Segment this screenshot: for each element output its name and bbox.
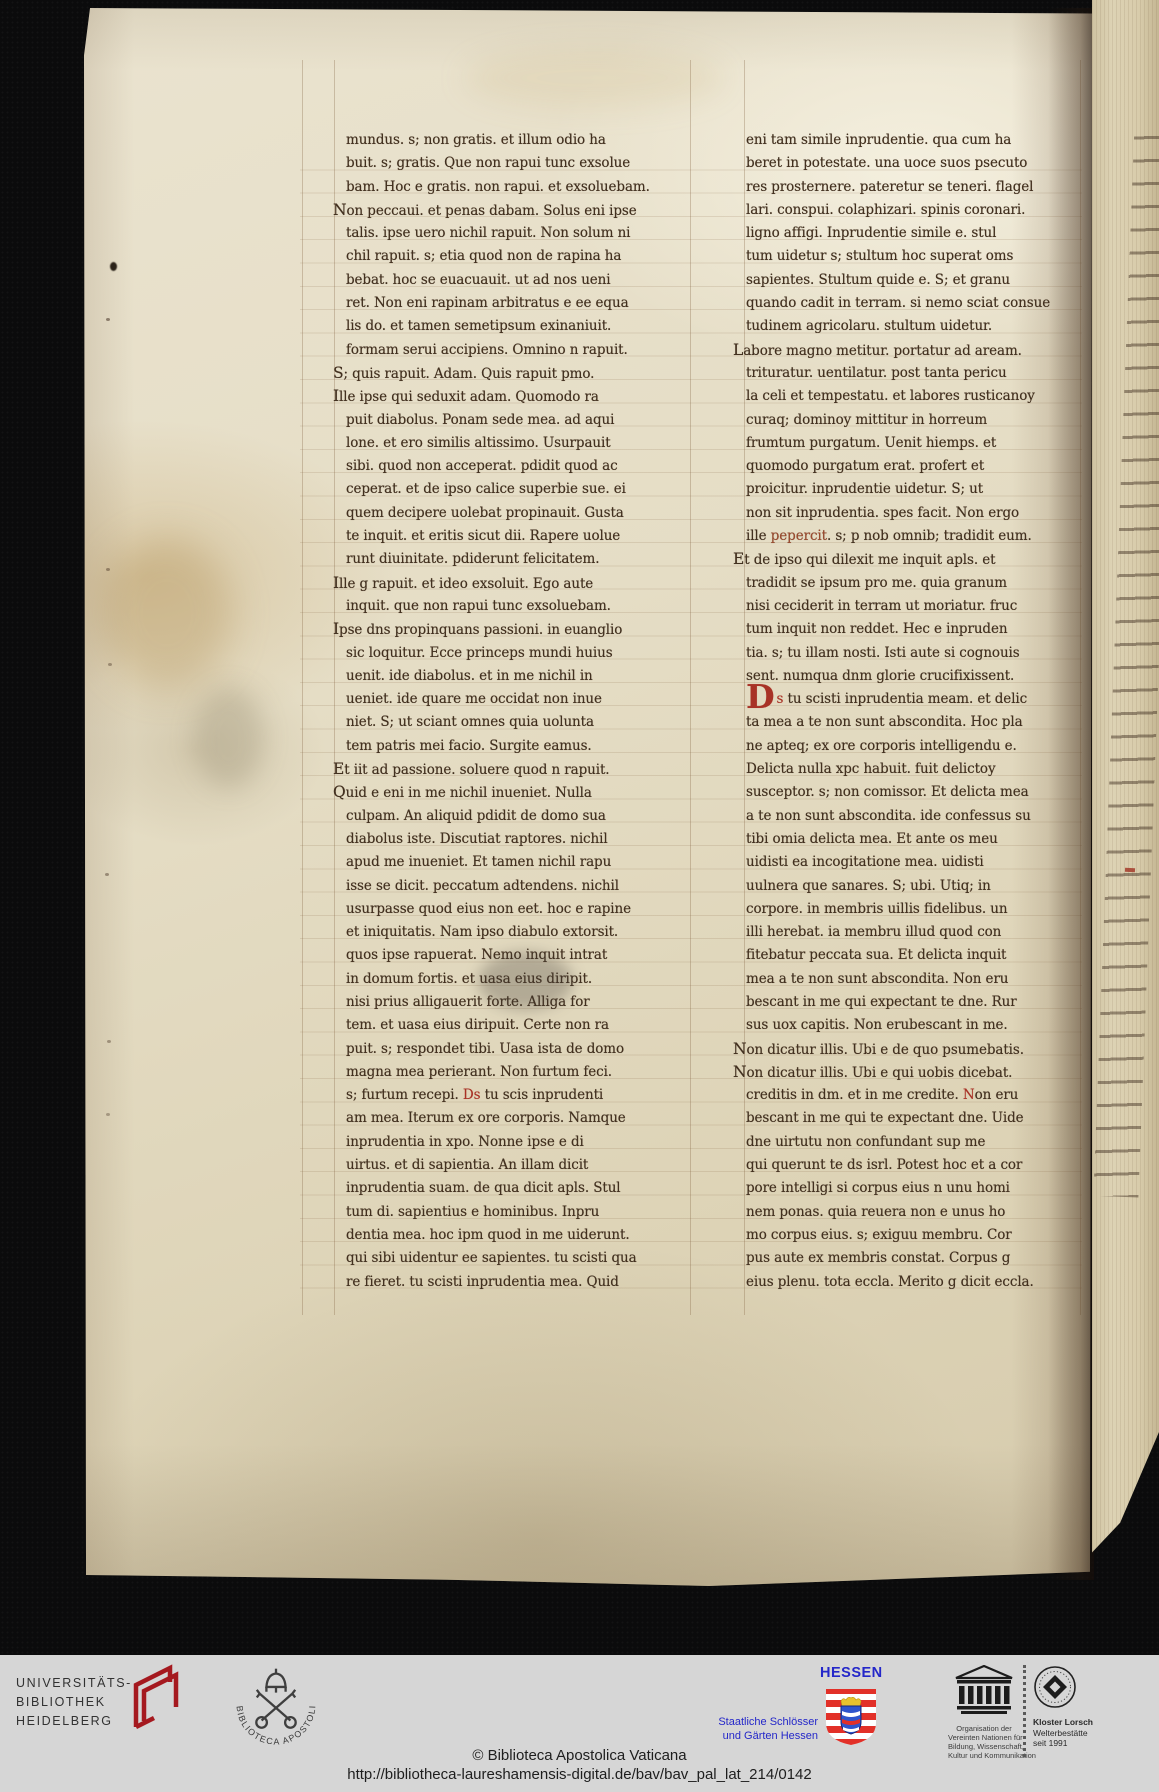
manuscript-line: Labore magno metitur. portatur ad aream. xyxy=(746,339,1084,362)
manuscript-photo-viewer: mundus. s; non gratis. et illum odio hab… xyxy=(0,0,1159,1792)
ruling-line xyxy=(302,60,303,1315)
manuscript-line: ligno affigi. Inprudentie simile e. stul xyxy=(746,222,1084,245)
rubricated-text: N xyxy=(733,1038,746,1061)
manuscript-line: runt diuinitate. pdiderunt felicitatem. xyxy=(346,548,684,571)
manuscript-line: S; quis rapuit. Adam. Quis rapuit pmo. xyxy=(346,362,684,385)
manuscript-line: bescant in me qui te expectant dne. Uide xyxy=(746,1107,1084,1130)
footer-banner: UNIVERSITÄTS-BIBLIOTHEKHEIDELBERG xyxy=(0,1655,1159,1792)
manuscript-line: tum inquit non reddet. Hec e inpruden xyxy=(746,618,1084,641)
manuscript-line: tum uidetur s; stultum hoc superat oms xyxy=(746,245,1084,268)
manuscript-line: uirtus. et di sapientia. An illam dicit xyxy=(346,1154,684,1177)
kloster-lorsch-caption-line: seit 1991 xyxy=(1033,1738,1149,1749)
manuscript-line: res prosternere. pateretur se teneri. fl… xyxy=(746,176,1084,199)
manuscript-line: tibi omia delicta mea. Et ante os meu xyxy=(746,828,1084,851)
manuscript-line: dne uirtutu non confundant sup me xyxy=(746,1131,1084,1154)
rubricated-text: Ds xyxy=(463,1087,481,1103)
manuscript-line: inprudentia in xpo. Nonne ipse e di xyxy=(346,1131,684,1154)
manuscript-line: Et de ipso qui dilexit me inquit apls. e… xyxy=(746,548,1084,571)
manuscript-line: chil rapuit. s; etia quod non de rapina … xyxy=(346,245,684,268)
manuscript-line: et iniquitatis. Nam ipso diabulo extorsi… xyxy=(346,921,684,944)
ub-heidelberg-line: BIBLIOTHEK xyxy=(16,1693,132,1712)
kloster-lorsch-logo-block: Kloster Lorsch Welterbestätteseit 1991 xyxy=(1033,1665,1149,1749)
manuscript-line: corpore. in membris uillis fidelibus. un xyxy=(746,898,1084,921)
kloster-lorsch-name: Kloster Lorsch xyxy=(1033,1717,1149,1728)
manuscript-line: sapientes. Stultum quide e. S; et granu xyxy=(746,269,1084,292)
kloster-lorsch-caption-line: Welterbestätte xyxy=(1033,1728,1149,1739)
parchment-stain xyxy=(194,688,264,788)
rubricated-text: N xyxy=(333,199,346,222)
rubricated-text: I xyxy=(333,385,339,408)
rubricated-text: s xyxy=(777,691,784,707)
manuscript-line: niet. S; ut sciant omnes quia uolunta xyxy=(346,711,684,734)
unesco-caption-line: Vereinten Nationen für xyxy=(948,1733,1020,1742)
ruling-line xyxy=(690,60,691,1315)
manuscript-line: magna mea perierant. Non furtum feci. xyxy=(346,1061,684,1084)
manuscript-line: dentia mea. hoc ipm quod in me uiderunt. xyxy=(346,1224,684,1247)
manuscript-line: creditis in dm. et in me credite. Non er… xyxy=(746,1084,1084,1107)
manuscript-line: Ds tu scisti inprudentia meam. et delic xyxy=(746,688,1084,711)
manuscript-line: lis do. et tamen semetipsum exinaniuit. xyxy=(346,315,684,338)
manuscript-line: quando cadit in terram. si nemo sciat co… xyxy=(746,292,1084,315)
manuscript-line: culpam. An aliquid pdidit de domo sua xyxy=(346,805,684,828)
facing-page-rubric-mark xyxy=(1125,868,1135,873)
manuscript-line: Quid e eni in me nichil inueniet. Nulla xyxy=(346,781,684,804)
manuscript-line: diabolus iste. Discutiat raptores. nichi… xyxy=(346,828,684,851)
manuscript-line: fitebatur peccata sua. Et delicta inquit xyxy=(746,944,1084,967)
manuscript-line: puit diabolus. Ponam sede mea. ad aqui xyxy=(346,409,684,432)
manuscript-line: Ille ipse qui seduxit adam. Quomodo ra xyxy=(346,385,684,408)
manuscript-line: Ipse dns propinquans passioni. in euangl… xyxy=(346,618,684,641)
manuscript-line: ueniet. ide quare me occidat non inue xyxy=(346,688,684,711)
manuscript-line: lone. et ero similis altissimo. Usurpaui… xyxy=(346,432,684,455)
ub-heidelberg-line: HEIDELBERG xyxy=(16,1712,132,1731)
manuscript-line: tradidit se ipsum pro me. quia granum xyxy=(746,572,1084,595)
manuscript-line: pus aute ex membris constat. Corpus g xyxy=(746,1247,1084,1270)
manuscript-line: frumtum purgatum. Uenit hiemps. et xyxy=(746,432,1084,455)
manuscript-line: sus uox capitis. Non erubescant in me. xyxy=(746,1014,1084,1037)
manuscript-line: ille pepercit. s; p nob omnib; tradidit … xyxy=(746,525,1084,548)
manuscript-line: sic loquitur. Ecce princeps mundi huius xyxy=(346,642,684,665)
manuscript-line: s; furtum recepi. Ds tu scis inprudenti xyxy=(346,1084,684,1107)
manuscript-line: uidisti ea incogitatione mea. uidisti xyxy=(746,851,1084,874)
manuscript-line: formam serui accipiens. Omnino n rapuit. xyxy=(346,339,684,362)
unesco-caption-line: Organisation der xyxy=(948,1724,1020,1733)
manuscript-line: tem patris mei facio. Surgite eamus. xyxy=(346,735,684,758)
rubricated-text: pepercit xyxy=(771,528,827,544)
unesco-caption: Organisation derVereinten Nationen fürBi… xyxy=(948,1724,1020,1760)
manuscript-line: ne apteq; ex ore corporis intelligendu e… xyxy=(746,735,1084,758)
manuscript-line: non sit inprudentia. spes facit. Non erg… xyxy=(746,502,1084,525)
text-column-left: mundus. s; non gratis. et illum odio hab… xyxy=(332,129,684,1304)
hessen-caption-line: und Gärten Hessen xyxy=(700,1729,818,1743)
manuscript-line: talis. ipse uero nichil rapuit. Non solu… xyxy=(346,222,684,245)
hessen-shield-icon xyxy=(824,1687,878,1752)
ub-heidelberg-logo xyxy=(128,1661,180,1738)
hessen-caption: Staatliche Schlösserund Gärten Hessen xyxy=(700,1715,818,1743)
unesco-temple-icon xyxy=(953,1665,1015,1715)
manuscript-line: tum di. sapientius e hominibus. Inpru xyxy=(346,1201,684,1224)
manuscript-line: Non dicatur illis. Ubi e qui uobis diceb… xyxy=(746,1061,1084,1084)
manuscript-line: am mea. Iterum ex ore corporis. Namque xyxy=(346,1107,684,1130)
manuscript-line: nisi ceciderit in terram ut moriatur. fr… xyxy=(746,595,1084,618)
manuscript-line: mundus. s; non gratis. et illum odio ha xyxy=(346,129,684,152)
manuscript-line: sibi. quod non acceperat. pdidit quod ac xyxy=(346,455,684,478)
manuscript-line: mea a te non sunt abscondita. Non eru xyxy=(746,968,1084,991)
manuscript-line: illi herebat. ia membru illud quod con xyxy=(746,921,1084,944)
manuscript-line: quem decipere uolebat propinauit. Gusta xyxy=(346,502,684,525)
manuscript-line: re fieret. tu scisti inprudentia mea. Qu… xyxy=(346,1271,684,1294)
manuscript-line: qui sibi uidentur ee sapientes. tu scist… xyxy=(346,1247,684,1270)
manuscript-line: inprudentia suam. de qua dicit apls. Stu… xyxy=(346,1177,684,1200)
unesco-caption-line: Bildung, Wissenschaft, xyxy=(948,1742,1020,1751)
manuscript-line: puit. s; respondet tibi. Uasa ista de do… xyxy=(346,1038,684,1061)
manuscript-line: Delicta nulla xpc habuit. fuit delictoy xyxy=(746,758,1084,781)
manuscript-line: tudinem agricolaru. stultum uidetur. xyxy=(746,315,1084,338)
manuscript-line: te inquit. et eritis sicut dii. Rapere u… xyxy=(346,525,684,548)
manuscript-line: proicitur. inprudentie uidetur. S; ut xyxy=(746,478,1084,501)
text-column-right: eni tam simile inprudentie. qua cum habe… xyxy=(732,129,1084,1304)
manuscript-line: beret in potestate. una uoce suos psecut… xyxy=(746,152,1084,175)
manuscript-line: Non peccaui. et penas dabam. Solus eni i… xyxy=(346,199,684,222)
kloster-lorsch-emblem-icon xyxy=(1033,1665,1077,1709)
kloster-lorsch-caption: Kloster Lorsch Welterbestätteseit 1991 xyxy=(1033,1717,1149,1749)
manuscript-line: uenit. ide diabolus. et in me nichil in xyxy=(346,665,684,688)
manuscript-line: Et iit ad passione. soluere quod n rapui… xyxy=(346,758,684,781)
rubricated-text: E xyxy=(333,758,344,781)
parchment-stain xyxy=(102,538,232,688)
manuscript-line: Ille g rapuit. et ideo exsoluit. Ego aut… xyxy=(346,572,684,595)
manuscript-line: ta mea a te non sunt abscondita. Hoc pla xyxy=(746,711,1084,734)
manuscript-line: quos ipse rapuerat. Nemo inquit intrat xyxy=(346,944,684,967)
manuscript-line: buit. s; gratis. Que non rapui tunc exso… xyxy=(346,152,684,175)
manuscript-line: Non dicatur illis. Ubi e de quo psumebat… xyxy=(746,1038,1084,1061)
rubricated-text: L xyxy=(733,339,743,362)
manuscript-line: mo corpus eius. s; exiguu membru. Cor xyxy=(746,1224,1084,1247)
manuscript-line: apud me inueniet. Et tamen nichil rapu xyxy=(346,851,684,874)
source-url: http://bibliotheca-laureshamensis-digita… xyxy=(0,1766,1159,1783)
manuscript-line: isse se dicit. peccatum adtendens. nichi… xyxy=(346,875,684,898)
manuscript-line: tem. et uasa eius diripuit. Certe non ra xyxy=(346,1014,684,1037)
manuscript-line: curaq; dominoy mittitur in horreum xyxy=(746,409,1084,432)
manuscript-line: usurpasse quod eius non eet. hoc e rapin… xyxy=(346,898,684,921)
manuscript-line: eius plenu. tota eccla. Merito g dicit e… xyxy=(746,1271,1084,1294)
manuscript-line: bescant in me qui expectant te dne. Rur xyxy=(746,991,1084,1014)
manuscript-line: la celi et tempestatu. et labores rustic… xyxy=(746,385,1084,408)
hessen-title: HESSEN xyxy=(820,1665,880,1681)
manuscript-line: inquit. que non rapui tunc exsoluebam. xyxy=(346,595,684,618)
rubricated-text: Q xyxy=(333,781,346,804)
manuscript-line: ceperat. et de ipso calice superbie sue.… xyxy=(346,478,684,501)
manuscript-line: nem ponas. quia reuera non e unus ho xyxy=(746,1201,1084,1224)
rubricated-text: E xyxy=(733,548,744,571)
rubricated-text: I xyxy=(333,572,339,595)
dotted-separator xyxy=(1023,1665,1026,1757)
manuscript-line: trituratur. uentilatur. post tanta peric… xyxy=(746,362,1084,385)
unesco-logo-block: Organisation derVereinten Nationen fürBi… xyxy=(948,1665,1020,1760)
book-gutter-shadow xyxy=(1048,8,1094,1580)
ub-heidelberg-wordmark: UNIVERSITÄTS-BIBLIOTHEKHEIDELBERG xyxy=(16,1674,132,1731)
manuscript-line: ret. Non eni rapinam arbitratus e ee equ… xyxy=(346,292,684,315)
manuscript-line: sent. numqua dnm glorie crucifixissent. xyxy=(746,665,1084,688)
manuscript-line: bam. Hoc e gratis. non rapui. et exsolue… xyxy=(346,176,684,199)
margin-paragraph-marks xyxy=(106,318,110,321)
rubricated-text: N xyxy=(733,1061,746,1084)
rubricated-text: S xyxy=(333,362,344,385)
manuscript-line: eni tam simile inprudentie. qua cum ha xyxy=(746,129,1084,152)
unesco-caption-line: Kultur und Kommunikation xyxy=(948,1751,1020,1760)
manuscript-line: a te non sunt abscondita. ide confessus … xyxy=(746,805,1084,828)
ub-heidelberg-line: UNIVERSITÄTS- xyxy=(16,1674,132,1693)
rubricated-text: I xyxy=(333,618,339,641)
manuscript-line: in domum fortis. et uasa eius diripit. xyxy=(346,968,684,991)
hessen-caption-line: Staatliche Schlösser xyxy=(700,1715,818,1729)
manuscript-line: susceptor. s; non comissor. Et delicta m… xyxy=(746,781,1084,804)
parchment-stain xyxy=(464,48,724,108)
manuscript-line: pore intelligi si corpus eius n unu homi xyxy=(746,1177,1084,1200)
manuscript-line: tia. s; tu illam nosti. Isti aute si cog… xyxy=(746,642,1084,665)
manuscript-line: lari. conspui. colaphizari. spinis coron… xyxy=(746,199,1084,222)
manuscript-line: bebat. hoc se euacuauit. ut ad nos ueni xyxy=(346,269,684,292)
manuscript-line: uulnera que sanares. S; ubi. Utiq; in xyxy=(746,875,1084,898)
manuscript-line: nisi prius alligauerit forte. Alliga for xyxy=(346,991,684,1014)
kloster-lorsch-lines: Welterbestätteseit 1991 xyxy=(1033,1728,1149,1749)
manuscript-line: quomodo purgatum erat. profert et xyxy=(746,455,1084,478)
rubricated-text: N xyxy=(963,1087,975,1103)
manuscript-line: qui querunt te ds isrl. Potest hoc et a … xyxy=(746,1154,1084,1177)
